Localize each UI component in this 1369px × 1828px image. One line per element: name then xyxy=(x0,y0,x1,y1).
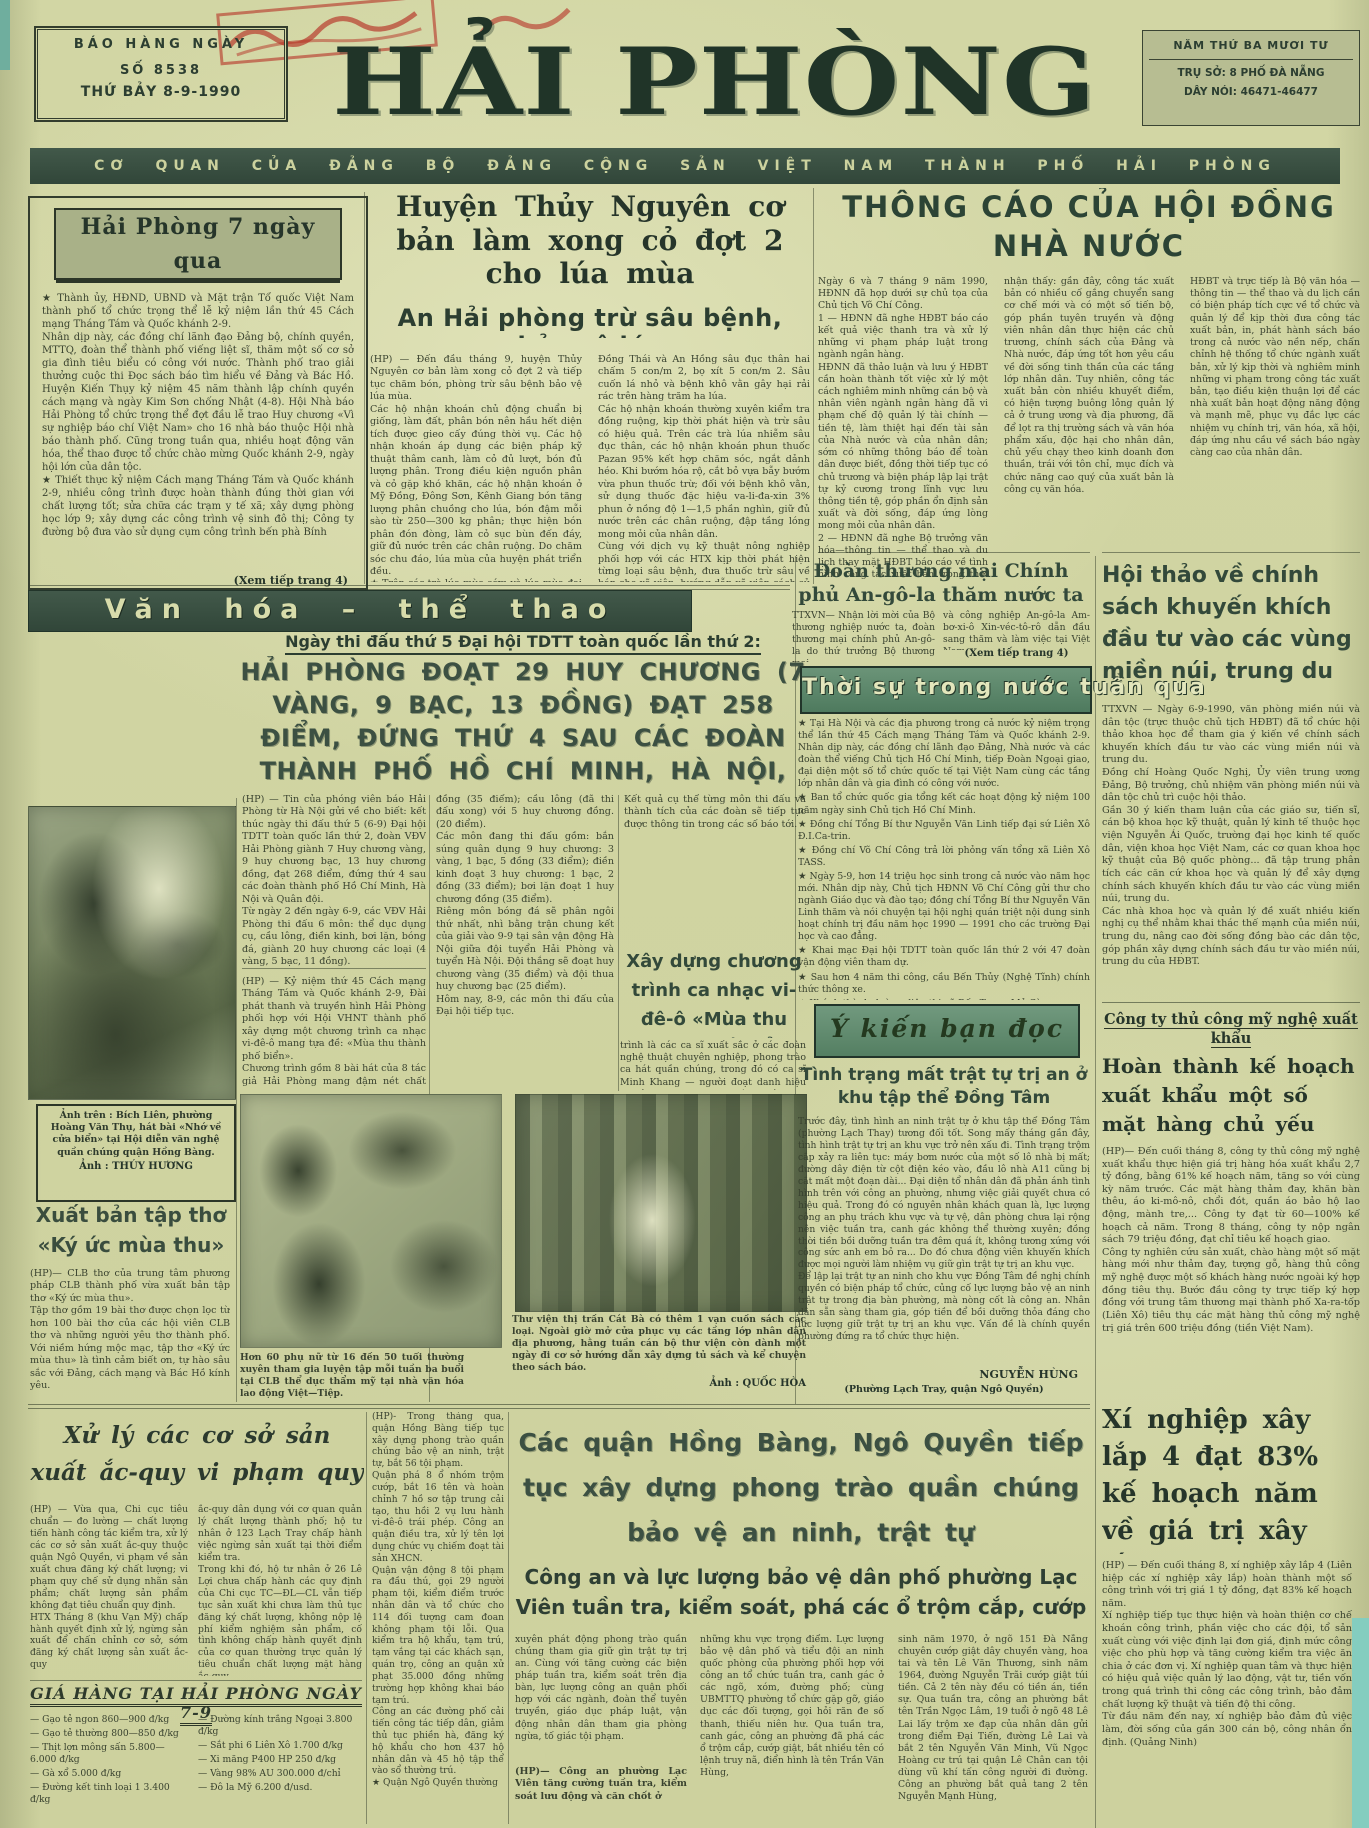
gia-hang-col1: — Gạo tẻ ngon 860—900 đ/kg — Gạo tẻ thườ… xyxy=(30,1714,188,1824)
xi-nghiep-body: (HP) — Đến cuối tháng 8, xí nghiệp xây l… xyxy=(1102,1560,1352,1822)
thuy-nguyen-col2: Đồng Thái và An Hồng sâu đục thân hai ch… xyxy=(598,354,810,582)
security-col0: (HP)- Trong tháng qua, quận Hồng Bàng ti… xyxy=(372,1412,504,1822)
thoi-su-item: ★ Khánh thành đường điện thị xã Bến Tre … xyxy=(798,998,1090,1000)
thoi-su-item: ★ Đồng chí Võ Chí Công trả lời phỏng vấn… xyxy=(798,845,1090,869)
angola-col2: và công nghiệp An-gô-la Am-bơ-xi-ô Xin-v… xyxy=(943,610,1090,650)
thoi-su-item: ★ Tại Hà Nội và các địa phương trong cả … xyxy=(798,718,1090,790)
video-program-headline: Xây dựng chương trình ca nhạc vi-đê-ô «M… xyxy=(620,948,808,1038)
masthead-address: TRỤ SỞ: 8 PHỐ ĐÀ NẴNG xyxy=(1143,67,1359,79)
sports-headline: HẢI PHÒNG ĐOẠT 29 HUY CHƯƠNG (7 VÀNG, 9 … xyxy=(240,656,806,788)
thoi-su-banner-box: Thời sự trong nước tuần qua xyxy=(800,666,1092,714)
scan-edge-right xyxy=(1352,1618,1369,1828)
rule xyxy=(236,798,237,1402)
poetry-headline: Xuất bản tập thơ «Ký ức mùa thu» xyxy=(30,1200,232,1264)
price-item: — Gà xổ 5.000 đ/kg xyxy=(30,1768,188,1780)
newspaper-page: BÁO HÀNG NGÀY SỐ 8538 THỨ BẢY 8-9-1990 H… xyxy=(0,0,1369,1828)
photo-gym-caption: Hơn 60 phụ nữ từ 16 đến 50 tuổi thường x… xyxy=(240,1352,464,1404)
rule xyxy=(242,968,426,969)
y-kien-banner-box: Ý kiến bạn đọc xyxy=(814,1004,1080,1058)
angola-col1: TTXVN— Nhận lời mời của Bộ thương nghiệp… xyxy=(792,610,935,662)
photo-library-caption: Thư viện thị trấn Cát Bà có thêm 1 vạn c… xyxy=(512,1314,806,1376)
price-item: — Gạo tẻ thường 800—850 đ/kg xyxy=(30,1728,188,1740)
sports-col1: (HP) — Tin của phóng viên báo Hải Phòng … xyxy=(242,794,426,966)
cong-ty-header: Công ty thủ công mỹ nghệ xuất khẩu xyxy=(1104,1011,1358,1048)
sports-kicker: Ngày thi đấu thứ 5 Đại hội TDTT toàn quố… xyxy=(285,632,761,655)
masthead-phone: DÂY NÓI: 46471-46477 xyxy=(1143,86,1359,98)
article-thuy-nguyen: Huyện Thủy Nguyên cơ bản làm xong cỏ đợt… xyxy=(370,190,810,584)
angola-headline: Đoàn thương mại Chính phủ An-gô-la thăm … xyxy=(792,560,1090,608)
security-col1-bold: (HP)— Công an phường Lạc Viên tăng cường… xyxy=(515,1766,687,1822)
price-item: — Đô la Mỹ 6.200 đ/usd. xyxy=(198,1782,362,1794)
price-item: — Gạo tẻ ngon 860—900 đ/kg xyxy=(30,1714,188,1726)
article-thong-cao: THÔNG CÁO CỦA HỘI ĐỒNG NHÀ NƯỚC Ngày 6 v… xyxy=(818,188,1360,584)
thuy-nguyen-subheadline: An Hải phòng trừ sâu bệnh, bảo vệ lúa xyxy=(370,304,810,338)
sports-col2: đồng (35 điểm); cầu lông (đã thi đấu xon… xyxy=(436,794,614,1086)
seven-days-more: (Xem tiếp trang 4) xyxy=(48,574,348,587)
price-item: — Đường kết tinh loại 1 3.400 đ/kg xyxy=(30,1782,188,1806)
thoi-su-items: ★ Tại Hà Nội và các địa phương trong cả … xyxy=(798,718,1090,1000)
security-headline: Các quận Hồng Bàng, Ngô Quyền tiếp tục x… xyxy=(512,1420,1090,1556)
article-seven-days: Hải Phòng 7 ngày qua ★ Thành ủy, HĐND, U… xyxy=(28,196,368,590)
ac-quy-headline: Xử lý các cơ sở sản xuất ắc-quy vi phạm … xyxy=(30,1418,364,1498)
thuy-nguyen-headline: Huyện Thủy Nguyên cơ bản làm xong cỏ đợt… xyxy=(370,190,810,294)
sports-col3: Kết quả cụ thể từng môn thi đấu và thành… xyxy=(624,794,806,942)
thong-cao-col3: HĐBT và trực tiếp là Bộ văn hóa — thông … xyxy=(1190,276,1360,582)
ac-quy-col1: (HP) — Vừa qua, Chi cục tiêu chuẩn — đo … xyxy=(30,1504,188,1676)
seven-days-title: Hải Phòng 7 ngày qua xyxy=(81,214,316,274)
price-item: — Xi măng P400 HP 250 đ/kg xyxy=(198,1754,362,1766)
hoi-thao-body: TTXVN — Ngày 6-9-1990, văn phòng miền nú… xyxy=(1102,704,1360,998)
rule xyxy=(28,1404,1090,1409)
van-hoa-banner: Văn hóa – thể thao xyxy=(28,590,692,632)
thoi-su-item: ★ Đồng chí Tổng Bí thư Nguyễn Văn Linh t… xyxy=(798,819,1090,843)
tagline-text: CƠ QUAN CỦA ĐẢNG BỘ ĐẢNG CỘNG SẢN VIỆT N… xyxy=(30,148,1340,184)
cong-ty-headline: Hoàn thành kế hoạch xuất khẩu một số mặt… xyxy=(1102,1052,1360,1142)
info-divider xyxy=(1149,59,1353,60)
photo-singer xyxy=(28,806,236,1100)
rule xyxy=(1095,556,1096,1828)
y-kien-headline: Tình trạng mất trật tự trị an ở khu tập … xyxy=(798,1064,1090,1112)
thoi-su-item: ★ Khai mạc Đại hội TDTT toàn quốc lần th… xyxy=(798,945,1090,969)
thoi-su-item: ★ Ban tổ chức quốc gia tổng kết các hoạt… xyxy=(798,792,1090,816)
poetry-body: (HP)— CLB thơ của trung tâm phương pháp … xyxy=(30,1268,230,1398)
photo-library-credit: Ảnh : QUỐC HÒA xyxy=(512,1378,806,1389)
security-col2: những khu vực trọng điểm. Lực lượng bảo … xyxy=(700,1634,884,1822)
cong-ty-header-wrap: Công ty thủ công mỹ nghệ xuất khẩu xyxy=(1102,1002,1360,1047)
y-kien-signature2: (Phường Lạch Tray, quận Ngô Quyền) xyxy=(798,1384,1090,1395)
price-item: — Vàng 98% AU 300.000 đ/chỉ xyxy=(198,1768,362,1780)
video-program-intro: (HP) — Kỷ niệm thứ 45 Cách mạng Tháng Tá… xyxy=(242,976,426,1088)
y-kien-signature: NGUYỄN HÙNG xyxy=(798,1368,1078,1381)
security-subheadline: Công an và lực lượng bảo vệ dân phố phườ… xyxy=(512,1562,1090,1624)
tagline-bar: CƠ QUAN CỦA ĐẢNG BỘ ĐẢNG CỘNG SẢN VIỆT N… xyxy=(30,148,1340,184)
seven-days-body: ★ Thành ủy, HĐND, UBND và Mặt trận Tổ qu… xyxy=(42,292,354,568)
info-box: NĂM THỨ BA MƯƠI TƯ TRỤ SỞ: 8 PHỐ ĐÀ NẴNG… xyxy=(1142,30,1360,126)
photo-library xyxy=(515,1094,807,1312)
security-col3: sinh năm 1970, ở ngõ 151 Đà Nẵng chuyên … xyxy=(898,1634,1088,1822)
video-program-outro: trình là các ca sĩ xuất sắc ở các đoàn n… xyxy=(620,1040,806,1090)
price-item: — Đường kính trắng Ngoại 3.800 đ/kg xyxy=(198,1714,362,1738)
rule xyxy=(813,188,814,584)
gia-hang-col2: — Đường kính trắng Ngoại 3.800 đ/kg — Sắ… xyxy=(198,1714,362,1824)
xi-nghiep-headline: Xí nghiệp xây lắp 4 đạt 83% kế hoạch năm… xyxy=(1102,1402,1360,1554)
thong-cao-col1: Ngày 6 và 7 tháng 9 năm 1990, HĐNN đã họ… xyxy=(818,276,988,582)
price-item: — Thịt lợn mông sấn 5.800—6.000 đ/kg xyxy=(30,1742,188,1766)
thuy-nguyen-col1: (HP) — Đến đầu tháng 9, huyện Thủy Nguyê… xyxy=(370,354,582,582)
masthead-year-label: NĂM THỨ BA MƯƠI TƯ xyxy=(1143,39,1359,52)
photo-singer-caption: Ảnh trên : Bích Liên, phường Hoàng Văn T… xyxy=(44,1110,228,1159)
rule xyxy=(366,1412,367,1824)
hoi-thao-headline: Hội thảo về chính sách khuyến khích đầu … xyxy=(1102,560,1360,700)
photo-gym xyxy=(240,1094,502,1348)
rule xyxy=(30,1680,362,1681)
price-item: — Sắt phi 6 Liên Xô 1.700 đ/kg xyxy=(198,1740,362,1752)
rule xyxy=(618,795,619,1091)
photo-singer-caption-box: Ảnh trên : Bích Liên, phường Hoàng Văn T… xyxy=(36,1104,236,1202)
cong-ty-body: (HP)— Đến cuối tháng 8, công ty thủ công… xyxy=(1102,1146,1360,1396)
thoi-su-item: ★ Sau hơn 4 năm thi công, cầu Bến Thủy (… xyxy=(798,972,1090,996)
thoi-su-banner-text: Thời sự trong nước tuần qua xyxy=(802,668,1090,708)
thong-cao-headline: THÔNG CÁO CỦA HỘI ĐỒNG NHÀ NƯỚC xyxy=(818,188,1360,270)
scan-edge-left xyxy=(0,0,10,70)
van-hoa-banner-text: Văn hóa – thể thao xyxy=(29,591,691,629)
ac-quy-col2: ắc-quy dân dụng với cơ quan quản lý chất… xyxy=(198,1504,362,1676)
rule xyxy=(508,1412,509,1824)
thoi-su-item: ★ Ngày 5-9, hơn 14 triệu học sinh trong … xyxy=(798,871,1090,943)
photo-singer-credit: Ảnh : THÚY HƯƠNG xyxy=(44,1161,228,1172)
seven-days-title-box: Hải Phòng 7 ngày qua xyxy=(54,208,342,280)
thong-cao-col2: nhận thấy: gần đây, công tác xuất bản có… xyxy=(1004,276,1174,582)
angola-more: (Xem tiếp trang 4) xyxy=(943,648,1090,659)
y-kien-body: Trước đây, tình hình an ninh trật tự ở k… xyxy=(798,1116,1090,1366)
sports-kicker-wrap: Ngày thi đấu thứ 5 Đại hội TDTT toàn quố… xyxy=(240,632,806,651)
masthead-title: HẢI PHÒNG xyxy=(216,30,1213,134)
security-col1: xuyên phát động phong trào quần chúng th… xyxy=(515,1634,687,1762)
y-kien-banner-text: Ý kiến bạn đọc xyxy=(816,1006,1078,1052)
